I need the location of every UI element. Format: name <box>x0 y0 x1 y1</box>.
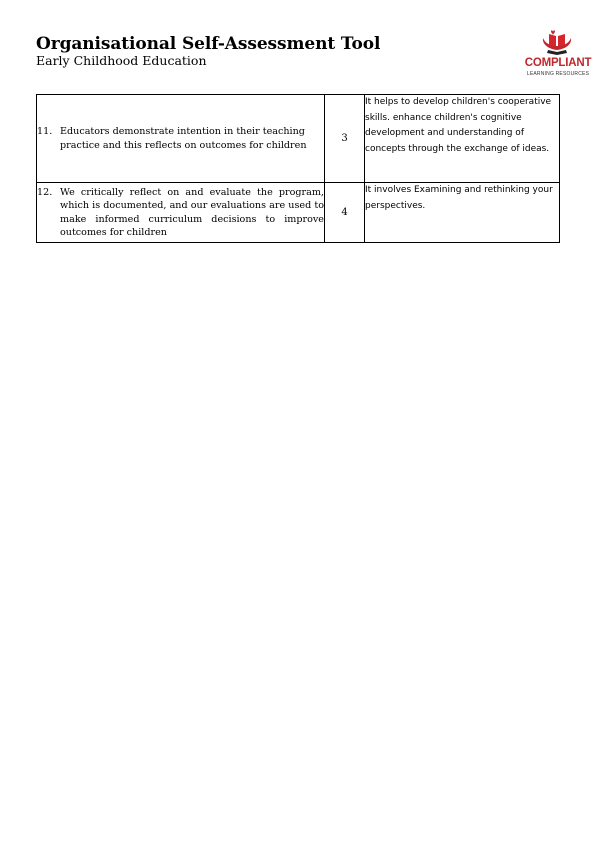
document-subtitle: Early Childhood Education <box>36 53 207 68</box>
item-number: 12. <box>37 186 60 240</box>
comment-cell: It helps to develop children's cooperati… <box>365 95 560 183</box>
statement-cell: 12. We critically reflect on and evaluat… <box>37 183 325 243</box>
item-number: 11. <box>37 125 60 152</box>
company-logo: COMPLIANT LEARNING RESOURCES <box>518 30 596 80</box>
assessment-table: 11. Educators demonstrate intention in t… <box>36 94 560 243</box>
rating-cell: 3 <box>325 95 365 183</box>
item-statement: Educators demonstrate intention in their… <box>60 125 324 152</box>
logo-tagline: LEARNING RESOURCES <box>522 71 594 77</box>
open-book-heart-icon <box>540 30 574 56</box>
statement-cell: 11. Educators demonstrate intention in t… <box>37 95 325 183</box>
logo-name: COMPLIANT <box>522 57 594 69</box>
comment-cell: It involves Examining and rethinking you… <box>365 183 560 243</box>
table-row: 12. We critically reflect on and evaluat… <box>37 183 560 243</box>
document-title: Organisational Self-Assessment Tool <box>36 34 380 54</box>
table-row: 11. Educators demonstrate intention in t… <box>37 95 560 183</box>
item-statement: We critically reflect on and evaluate th… <box>60 186 324 240</box>
rating-cell: 4 <box>325 183 365 243</box>
